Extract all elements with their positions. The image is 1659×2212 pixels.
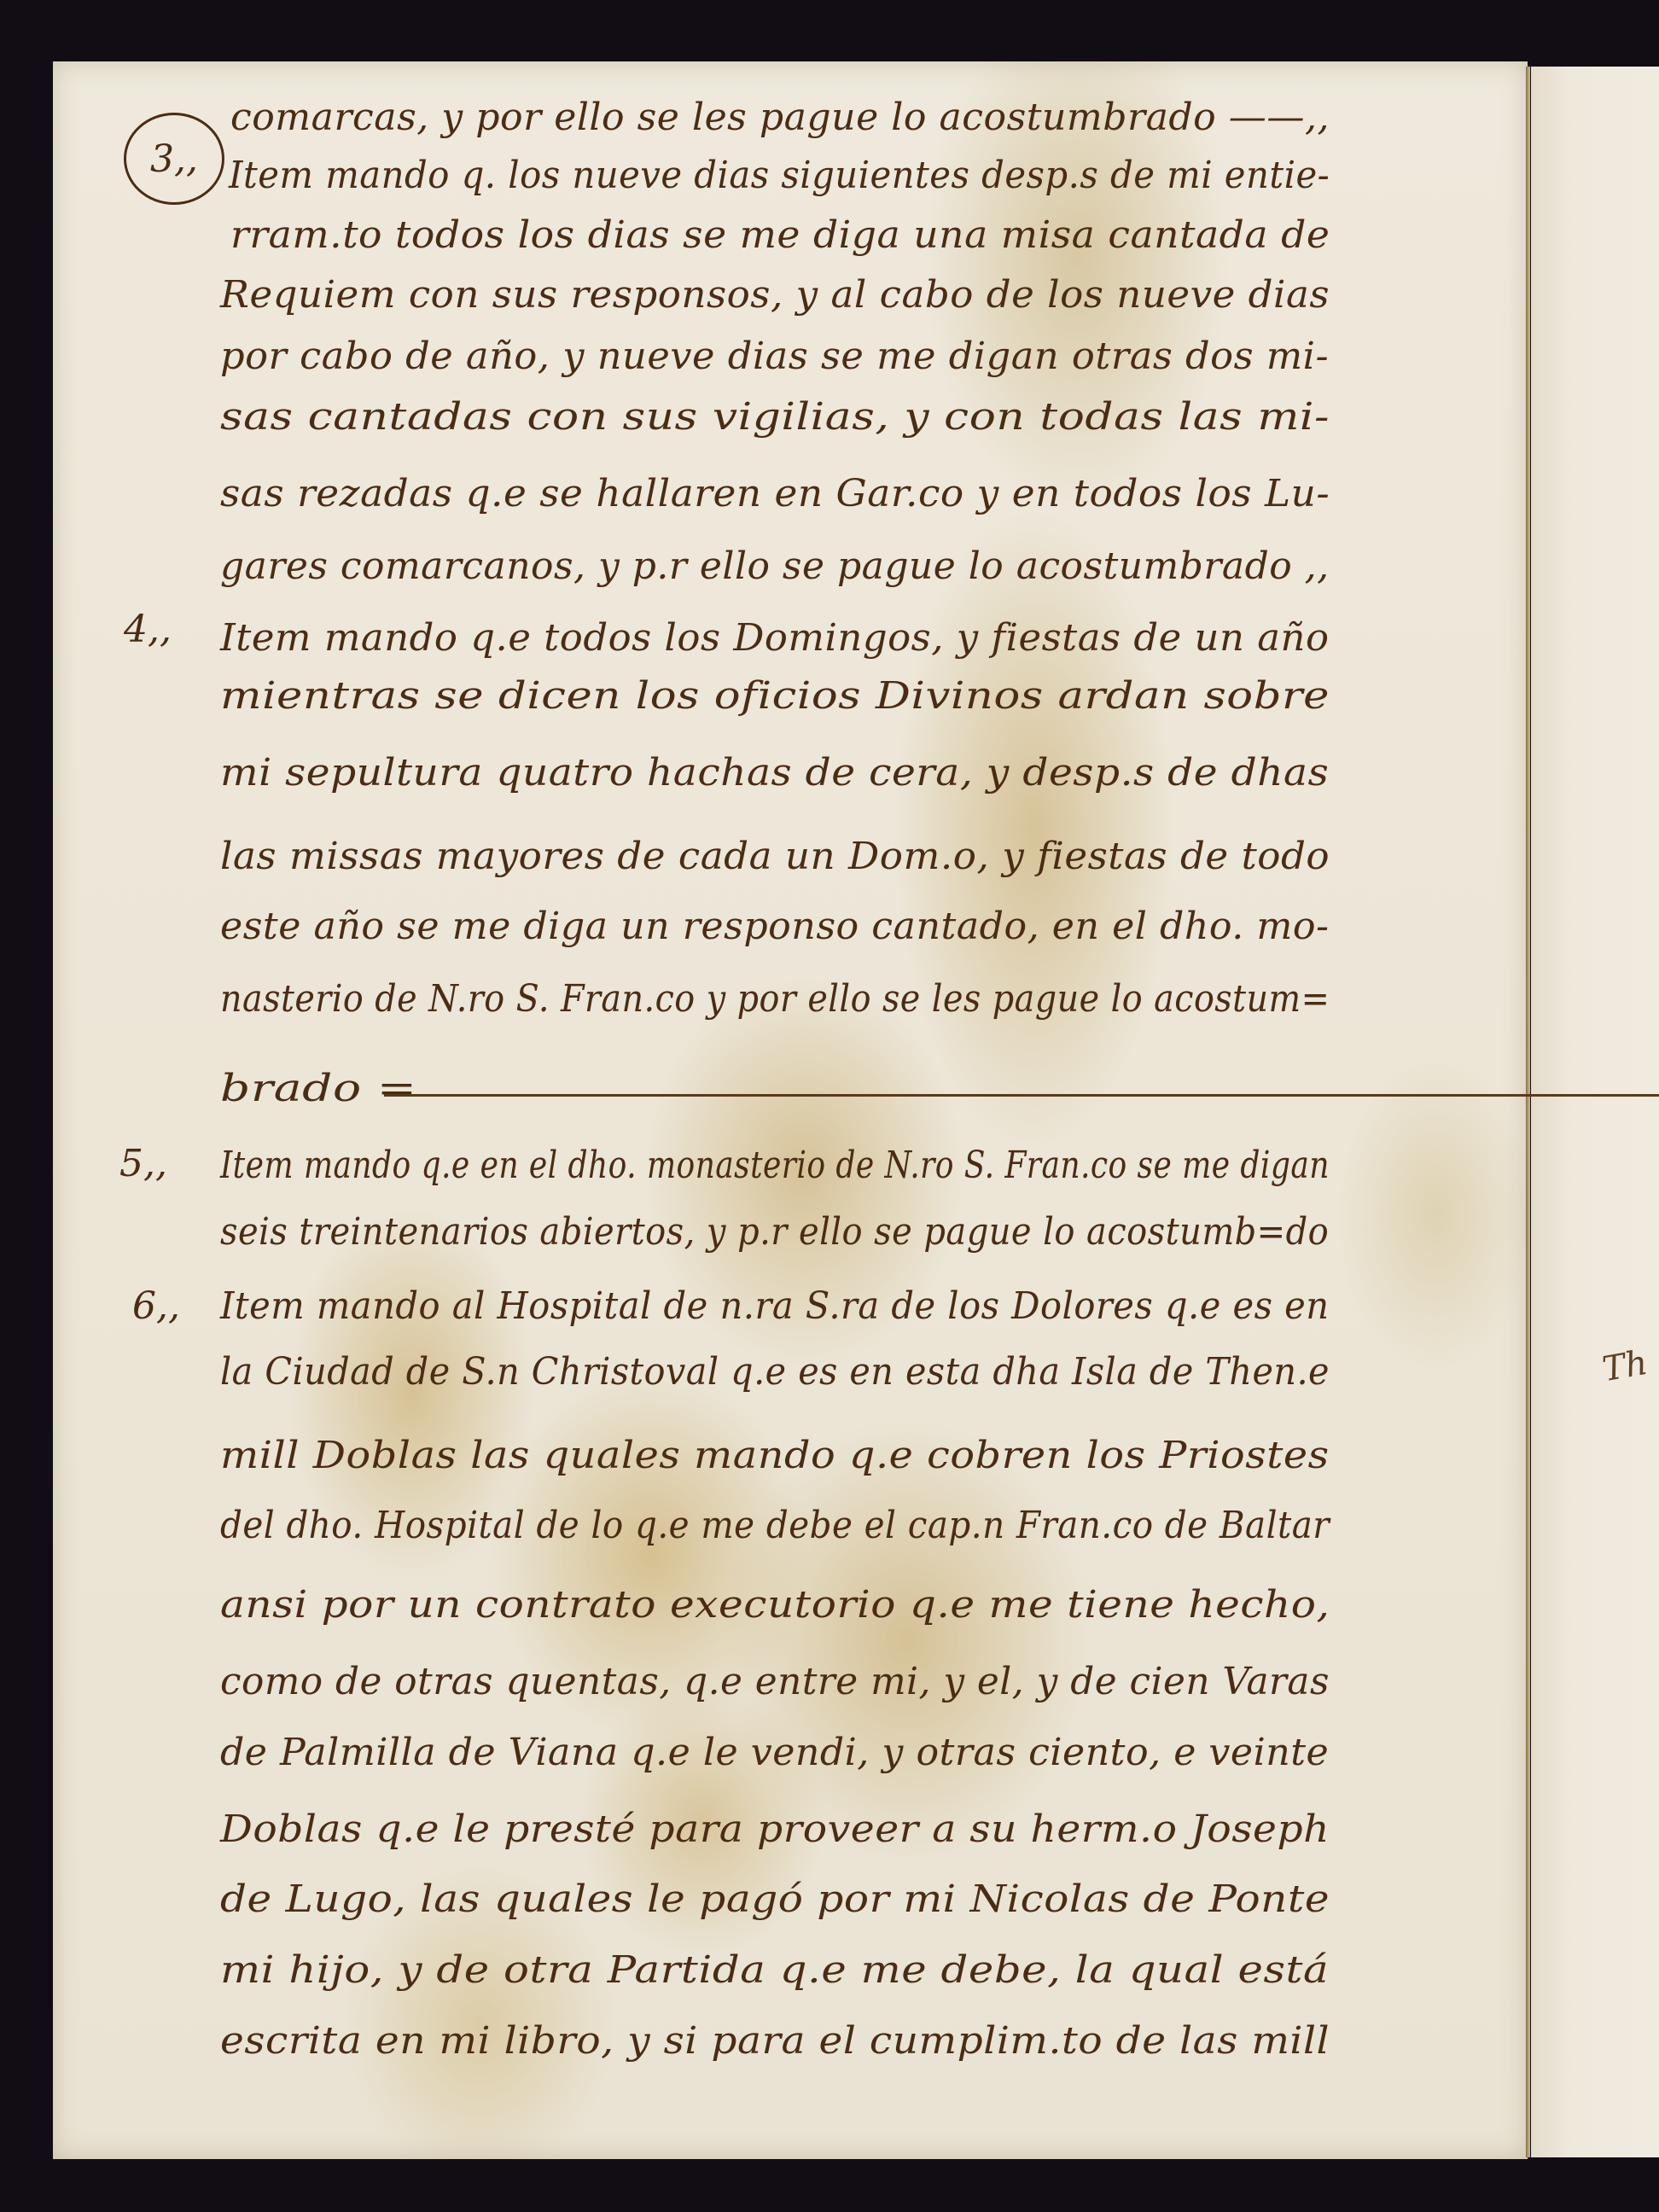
text-line: Requiem con sus responsos, y al cabo de …	[220, 273, 1330, 317]
text-line: este año se me diga un responso cantado,…	[220, 905, 1329, 948]
item-number-5: 5,,	[119, 1142, 167, 1185]
text-line: Item mando q.e todos los Domingos, y fie…	[220, 616, 1330, 660]
text-line: mientras se dicen los oficios Divinos ar…	[220, 674, 1330, 718]
text-line: de Lugo, las quales le pagó por mi Nicol…	[220, 1877, 1330, 1921]
facing-page-edge	[1531, 67, 1659, 2157]
item-number-4: 4,,	[124, 608, 172, 651]
text-line: mi hijo, y de otra Partida q.e me debe, …	[220, 1948, 1329, 1992]
text-line: sas rezadas q.e se hallaren en Gar.co y …	[220, 472, 1330, 515]
text-line: del dho. Hospital de lo q.e me debe el c…	[220, 1504, 1330, 1547]
text-line: como de otras quentas, q.e entre mi, y e…	[220, 1660, 1330, 1703]
text-line: comarcas, y por ello se les pague lo aco…	[230, 96, 1330, 139]
text-line: seis treintenarios abiertos, y p.r ello …	[220, 1210, 1329, 1254]
text-line: mill Doblas las quales mando q.e cobren …	[220, 1434, 1330, 1477]
text-line: las missas mayores de cada un Dom.o, y f…	[220, 835, 1330, 878]
text-line: Doblas q.e le presté para proveer a su h…	[220, 1807, 1330, 1851]
margin-number: 3,,	[150, 137, 198, 181]
binding-gutter	[1526, 67, 1530, 2157]
text-line: nasterio de N.ro S. Fran.co y por ello s…	[220, 977, 1330, 1021]
text-line: de Palmilla de Viana q.e le vendi, y otr…	[220, 1731, 1329, 1774]
text-line: escrita en mi libro, y si para el cumpli…	[220, 2019, 1330, 2063]
text-line: Item mando q. los nueve dias siguientes …	[229, 154, 1330, 197]
text-line: sas cantadas con sus vigilias, y con tod…	[220, 395, 1330, 439]
text-line: brado =	[220, 1067, 417, 1110]
text-line: por cabo de año, y nueve dias se me diga…	[220, 335, 1329, 378]
text-line: ansi por un contrato executorio q.e me t…	[220, 1583, 1330, 1627]
text-line: Item mando q.e en el dho. monasterio de …	[220, 1144, 1330, 1187]
line-filler-rule	[384, 1094, 1659, 1097]
facing-page-text-fragment: Th	[1599, 1343, 1650, 1389]
text-line: Item mando al Hospital de n.ra S.ra de l…	[220, 1284, 1330, 1328]
text-line: mi sepultura quatro hachas de cera, y de…	[220, 751, 1329, 795]
item-number-3-circled: 3,,	[124, 113, 224, 205]
text-line: la Ciudad de S.n Christoval q.e es en es…	[220, 1350, 1330, 1394]
item-number-6: 6,,	[132, 1284, 180, 1328]
text-line: gares comarcanos, y p.r ello se pague lo…	[220, 544, 1330, 588]
text-line: rram.to todos los dias se me diga una mi…	[230, 213, 1330, 257]
